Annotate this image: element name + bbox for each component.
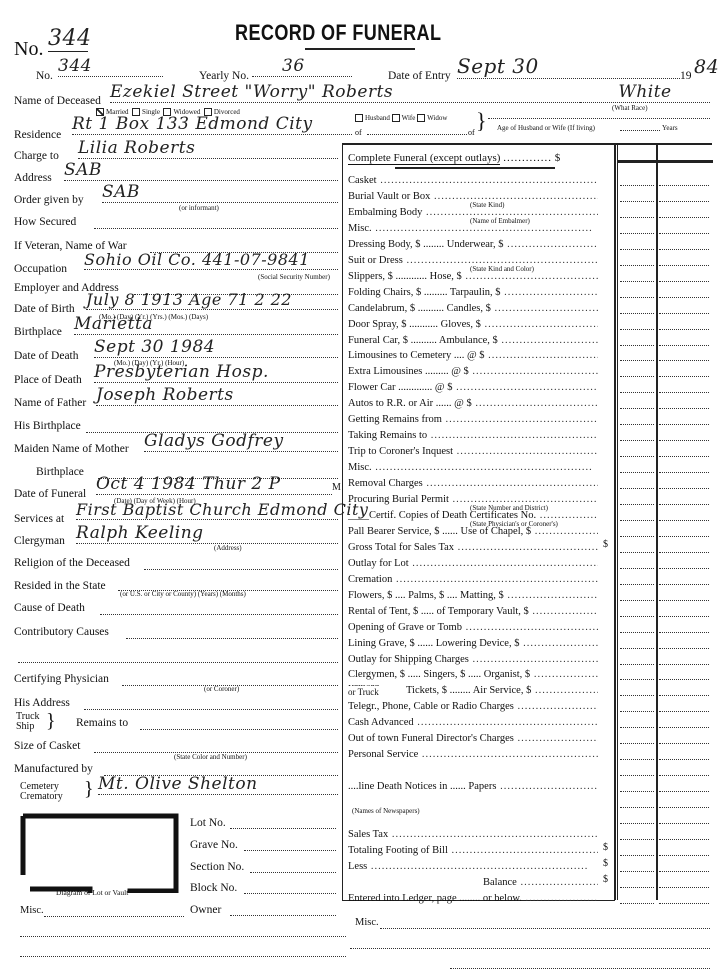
amount-dollars-field[interactable] — [620, 632, 654, 633]
amount-cents-field[interactable] — [659, 440, 709, 441]
leader-dots: ........................................… — [453, 446, 598, 457]
leader-dots: ........................................… — [462, 271, 598, 282]
charge-row: Balance ................................… — [348, 877, 598, 888]
amount-dollars-field[interactable] — [620, 408, 654, 409]
amount-dollars-field[interactable] — [620, 424, 654, 425]
amount-dollars-field[interactable] — [620, 281, 654, 282]
remains-to-value[interactable] — [140, 719, 338, 730]
charge-row: Outlay for Shipping Charges ............… — [348, 654, 598, 665]
physician-caption: (or Coroner) — [204, 685, 239, 693]
yearly-number-label: Yearly No. — [199, 70, 249, 82]
amount-dollars-field[interactable] — [620, 472, 654, 473]
amount-cents-field[interactable] — [659, 600, 709, 601]
amount-cents-field[interactable] — [659, 871, 709, 872]
amount-cents-field[interactable] — [659, 345, 709, 346]
amount-dollars-field[interactable] — [620, 727, 654, 728]
amount-cents-field[interactable] — [659, 488, 709, 489]
leader-dots: ........................................… — [519, 638, 598, 649]
amount-cents-field[interactable] — [659, 711, 709, 712]
birthplace-value[interactable]: Marietta — [74, 314, 338, 335]
amount-dollars-field[interactable] — [620, 456, 654, 457]
spouse-age-field[interactable] — [620, 122, 660, 131]
leader-dots: ........................................… — [367, 861, 588, 872]
amount-cents-field[interactable] — [659, 759, 709, 760]
spouse-type-group: Husband Wife Widow — [355, 114, 447, 122]
mother-maiden-name-label: Maiden Name of Mother — [14, 443, 129, 455]
amount-dollars-field[interactable] — [620, 440, 654, 441]
charge-row: Cremation ..............................… — [348, 574, 598, 585]
amount-cents-field[interactable] — [659, 185, 709, 186]
amount-cents-field[interactable] — [659, 552, 709, 553]
amount-cents-field[interactable] — [659, 887, 709, 888]
left-misc-label: Misc. — [20, 905, 44, 916]
charge-row: Telegr., Phone, Cable or Radio Charges .… — [348, 701, 598, 712]
amount-cents-field[interactable] — [659, 249, 709, 250]
birthplace-label: Birthplace — [14, 326, 62, 338]
charge-row-label: Extra Limousines ......... @ $ — [348, 366, 469, 377]
charge-row: Autos to R.R. or Air ...... @ $ ........… — [348, 398, 598, 409]
amount-cents-field[interactable] — [659, 743, 709, 744]
record-number-value[interactable]: 344 — [48, 26, 88, 52]
deceased-name-value[interactable]: Ezekiel Street "Worry" Roberts — [110, 82, 580, 103]
amount-dollars-field[interactable] — [620, 329, 654, 330]
right-misc-line-3[interactable] — [450, 960, 710, 969]
cemetery-value[interactable]: Mt. Olive Shelton — [98, 774, 338, 795]
amount-cents-field[interactable] — [659, 233, 709, 234]
field-date-of-funeral: Date of Funeral Oct 4 1984 Thur 2 P M (D… — [14, 488, 338, 500]
field-order-given-by: Order given by SAB (or informant) — [14, 194, 338, 206]
leader-dots: ........................................… — [531, 685, 598, 696]
amount-dollars-field[interactable] — [620, 360, 654, 361]
amount-dollars-field[interactable] — [620, 855, 654, 856]
charge-row: Outlay for Lot .........................… — [348, 558, 598, 569]
leader-dots: ........................................… — [496, 781, 598, 792]
amount-cents-field[interactable] — [659, 504, 709, 505]
leader-dots: ........................................… — [418, 749, 598, 760]
charge-row-label: Pall Bearer Service, $ ...... Use of Cha… — [348, 526, 531, 537]
charge-row-label: Balance — [348, 877, 517, 888]
charge-row-label: ....line Death Notices in ...... Papers — [348, 781, 496, 792]
charge-row-label: Outlay for Shipping Charges — [348, 654, 469, 665]
charge-to-label: Charge to — [14, 150, 59, 162]
leader-dots: ........................................… — [414, 717, 598, 728]
charge-row-label: Slippers, $ ............ Hose, $ — [348, 271, 462, 282]
amount-dollars-field[interactable] — [620, 233, 654, 234]
field-certifying-physician: Certifying Physician (or Coroner) — [14, 673, 338, 685]
amount-cents-field[interactable] — [659, 536, 709, 537]
amount-dollars-field[interactable] — [620, 265, 654, 266]
charge-row: Extra Limousines ......... @ $ .........… — [348, 366, 598, 377]
amount-cents-field[interactable] — [659, 648, 709, 649]
leader-dots: ........................................… — [514, 701, 598, 712]
religion-label: Religion of the Deceased — [14, 557, 130, 569]
charge-row: Trip to Coroner's Inquest ..............… — [348, 446, 598, 457]
amount-dollars-field[interactable] — [620, 775, 654, 776]
amount-cents-field[interactable] — [659, 775, 709, 776]
right-misc-line-2[interactable] — [350, 940, 710, 949]
amount-dollars-field[interactable] — [620, 392, 654, 393]
leader-dots: ........................................… — [392, 574, 598, 585]
title-underline — [305, 48, 415, 50]
funeral-meridiem: M — [332, 482, 341, 493]
charge-row-label: Embalming Body — [348, 207, 422, 218]
spouse-wife-checkbox[interactable]: Wife — [392, 114, 416, 122]
charge-row-label: Less — [348, 861, 367, 872]
field-father-name: Name of Father Joseph Roberts — [14, 397, 338, 409]
date-of-death-value[interactable]: Sept 30 1984 — [94, 337, 338, 358]
owner-label: Owner — [190, 904, 221, 916]
field-resided-in-state: Resided in the State (or U.S. or City or… — [14, 580, 338, 592]
deceased-name-label: Name of Deceased — [14, 95, 101, 107]
date-of-birth-value[interactable]: July 8 1913 Age 71 2 22 — [86, 290, 338, 310]
place-of-death-value[interactable]: Presbyterian Hosp. — [94, 362, 338, 383]
dollar-sign: $ — [603, 874, 608, 885]
railroad-truck-brace-labels: Railroador Truck — [348, 685, 379, 696]
clergyman-caption: (Address) — [214, 544, 242, 552]
race-value[interactable]: White — [580, 82, 710, 103]
yearly-number-value[interactable]: 36 — [252, 56, 352, 77]
amount-dollars-field[interactable] — [620, 536, 654, 537]
amount-dollars-field[interactable] — [620, 616, 654, 617]
leader-dots: ........................................… — [531, 526, 598, 537]
brace-icon: } — [476, 110, 487, 132]
date-of-entry-label: Date of Entry — [388, 70, 451, 82]
amount-dollars-field[interactable] — [620, 520, 654, 521]
leader-dots: ........................................… — [514, 733, 598, 744]
services-at-value[interactable]: First Baptist Church Edmond City — [76, 500, 338, 520]
charge-row: Gross Total for Sales Tax ..............… — [348, 542, 598, 553]
charge-row: Removal Charges ........................… — [348, 478, 598, 489]
date-of-funeral-label: Date of Funeral — [14, 488, 86, 500]
charge-row-label: Funeral Car, $ .......... Ambulance, $ — [348, 335, 498, 346]
amount-cents-field[interactable] — [659, 616, 709, 617]
amount-dollars-field[interactable] — [620, 345, 654, 346]
leader-dots: ........................................… — [491, 303, 598, 314]
amount-cents-field[interactable] — [659, 265, 709, 266]
amount-dollars-field[interactable] — [620, 185, 654, 186]
amount-cents-field[interactable] — [659, 281, 709, 282]
amount-dollars-field[interactable] — [620, 313, 654, 314]
charge-row: Pall Bearer Service, $ ...... Use of Cha… — [348, 526, 598, 537]
charge-row: Slippers, $ ............ Hose, $ .......… — [348, 271, 598, 282]
contributory-causes-value[interactable] — [126, 628, 338, 639]
field-physician-address: His Address — [14, 697, 338, 709]
amount-cents-field[interactable] — [659, 376, 709, 377]
charge-row-label: Out of town Funeral Director's Charges — [348, 733, 514, 744]
charge-row: Candelabrum, $ .......... Candles, $ ...… — [348, 303, 598, 314]
father-name-value[interactable]: Joseph Roberts — [96, 385, 338, 406]
amount-dollars-field[interactable] — [620, 201, 654, 202]
amount-cents-field[interactable] — [659, 632, 709, 633]
charge-row: Cash Advanced ..........................… — [348, 717, 598, 728]
charge-row: Totaling Footing of Bill ...............… — [348, 845, 598, 856]
amount-dollars-field[interactable] — [620, 488, 654, 489]
leader-dots: ........................................… — [454, 542, 598, 553]
amount-cents-field[interactable] — [659, 568, 709, 569]
spouse-of-left: of — [355, 128, 362, 137]
charge-row: Opening of Grave or Tomb ...............… — [348, 622, 598, 633]
charge-row-label: Limousines to Cemetery .... @ $ — [348, 350, 485, 361]
charge-row-label: Flowers, $ .... Palms, $ .... Matting, $ — [348, 590, 504, 601]
spouse-age-unit: Years — [662, 124, 678, 132]
leader-dots: ........................................… — [517, 877, 598, 888]
record-number-label: No. — [14, 38, 43, 61]
leader-dots: ........................................… — [442, 414, 598, 425]
amount-dollars-field[interactable] — [620, 711, 654, 712]
spouse-widow-checkbox[interactable]: Widow — [417, 114, 447, 122]
cause-of-death-label: Cause of Death — [14, 602, 85, 614]
how-secured-value[interactable] — [94, 218, 338, 229]
left-misc-line-2[interactable] — [20, 928, 346, 937]
field-how-secured: How Secured — [14, 216, 338, 228]
amount-cents-field[interactable] — [659, 217, 709, 218]
occupation-label: Occupation — [14, 263, 67, 275]
charge-row: Personal Service .......................… — [348, 749, 598, 760]
residence-value[interactable]: Rt 1 Box 133 Edmond City — [72, 114, 352, 135]
charge-row-label: Candelabrum, $ .......... Candles, $ — [348, 303, 491, 314]
field-date-of-death: Date of Death Sept 30 1984 (Mo.) (Day) (… — [14, 350, 338, 362]
residence-label: Residence — [14, 129, 61, 141]
amount-cents-field[interactable] — [659, 791, 709, 792]
date-of-funeral-value[interactable]: Oct 4 1984 Thur 2 P — [96, 474, 332, 495]
field-occupation: Occupation Sohio Oil Co. 441-07-9841 (So… — [14, 263, 338, 275]
amount-dollars-field[interactable] — [620, 759, 654, 760]
amount-cents-field[interactable] — [659, 297, 709, 298]
charge-row: Funeral Car, $ .......... Ambulance, $ .… — [348, 335, 598, 346]
mother-maiden-name-value[interactable]: Gladys Godfrey — [144, 431, 338, 452]
charge-row-label: Burial Vault or Box — [348, 191, 430, 202]
amount-col-divider-2 — [656, 143, 658, 900]
amount-cents-field[interactable] — [659, 392, 709, 393]
leader-dots: ........................................… — [452, 382, 598, 393]
charge-row-label: Lining Grave, $ ...... Lowering Device, … — [348, 638, 519, 649]
amount-cents-field[interactable] — [659, 855, 709, 856]
address-value[interactable]: SAB — [64, 160, 338, 181]
field-religion: Religion of the Deceased — [14, 557, 338, 569]
charge-row-label: Taking Remains to — [348, 430, 427, 441]
charge-row-label: Door Spray, $ ........... Gloves, $ — [348, 319, 481, 330]
charge-row-label: Trip to Coroner's Inquest — [348, 446, 453, 457]
amount-col-divider-1b — [617, 143, 618, 900]
charge-row: Clergymen, $ ..... Singers, $ ..... Orga… — [348, 669, 598, 680]
amount-dollars-field[interactable] — [620, 823, 654, 824]
amount-cents-field[interactable] — [659, 408, 709, 409]
charge-row-label: Personal Service — [348, 749, 418, 760]
amount-cents-field[interactable] — [659, 456, 709, 457]
complete-funeral-underline — [395, 167, 555, 169]
amount-cents-field[interactable] — [659, 584, 709, 585]
owner-field[interactable] — [230, 907, 336, 916]
left-misc-field[interactable] — [44, 908, 184, 917]
charge-row: Sales Tax ..............................… — [348, 829, 598, 840]
charge-row-label: Totaling Footing of Bill — [348, 845, 448, 856]
block-no-field[interactable] — [244, 885, 336, 894]
occupation-value[interactable]: Sohio Oil Co. 441-07-9841 — [84, 250, 338, 270]
leader-dots: ........................................… — [388, 829, 598, 840]
dollar-sign: $ — [603, 858, 608, 869]
charge-row: Door Spray, $ ........... Gloves, $ ....… — [348, 319, 598, 330]
resided-in-state-label: Resided in the State — [14, 580, 106, 592]
mother-birthplace-label: Birthplace — [14, 466, 84, 478]
amount-dollars-field[interactable] — [620, 903, 654, 904]
field-size-of-casket: Size of Casket (State Color and Number) — [14, 740, 338, 752]
spouse-husband-checkbox[interactable]: Husband — [355, 114, 390, 122]
order-given-by-value[interactable]: SAB — [102, 182, 338, 203]
amount-cents-field[interactable] — [659, 520, 709, 521]
section-no-field[interactable] — [250, 864, 336, 873]
leader-dots: ........................................… — [462, 622, 598, 633]
amount-dollars-field[interactable] — [620, 695, 654, 696]
brace-icon: } — [84, 778, 94, 801]
charge-row-label: Misc. — [348, 462, 372, 473]
amount-dollars-field[interactable] — [620, 584, 654, 585]
date-of-birth-label: Date of Birth — [14, 303, 75, 315]
amount-dollars-field[interactable] — [620, 648, 654, 649]
amount-cents-field[interactable] — [659, 313, 709, 314]
brace-icon: } — [46, 710, 56, 733]
amount-dollars-field[interactable] — [620, 249, 654, 250]
charge-row: Limousines to Cemetery .... @ $ ........… — [348, 350, 598, 361]
leader-dots: ........................................… — [430, 191, 598, 202]
leader-dots: ........................................… — [377, 175, 598, 186]
order-given-by-caption: (or informant) — [179, 204, 219, 212]
leader-dots: ........................................… — [500, 287, 598, 298]
charge-row-label: Dressing Body, $ ........ Underwear, $ — [348, 239, 504, 250]
ssn-caption: (Social Security Number) — [258, 273, 330, 281]
charge-row-label: Rental of Tent, $ ..... of Temporary Vau… — [348, 606, 529, 617]
left-misc-line-3[interactable] — [20, 948, 346, 957]
charge-row-label: Outlay for Lot — [348, 558, 409, 569]
amount-cents-field[interactable] — [659, 839, 709, 840]
leader-dots: ........................................… — [485, 350, 598, 361]
amount-cents-field[interactable] — [659, 903, 709, 904]
charge-row: Entered into Ledger, page ........ or be… — [348, 893, 598, 904]
contributory-causes-line-2[interactable] — [18, 652, 338, 663]
place-of-death-label: Place of Death — [14, 374, 82, 386]
clergyman-value[interactable]: Ralph Keeling — [76, 523, 338, 544]
amount-dollars-field[interactable] — [620, 887, 654, 888]
amount-dollars-field[interactable] — [620, 807, 654, 808]
truck-ship-brace-labels: TruckShip — [16, 712, 40, 732]
ledger-number-value[interactable]: 344 — [58, 56, 163, 77]
right-misc-label: Misc. — [355, 917, 379, 928]
amount-cents-field[interactable] — [659, 695, 709, 696]
spouse-of-field[interactable] — [367, 126, 467, 135]
resided-caption: (or U.S. or City or County) (Years) (Mon… — [120, 590, 246, 598]
charge-row: Misc. ..................................… — [348, 462, 598, 473]
date-of-entry-value[interactable]: Sept 30 — [457, 54, 680, 79]
charge-row-label: Casket — [348, 175, 377, 186]
leader-dots: ........................................… — [522, 893, 598, 904]
section-no-label: Section No. — [190, 861, 244, 873]
lot-diagram — [20, 813, 180, 893]
amount-col-divider-1 — [614, 143, 616, 900]
spouse-name-field[interactable] — [488, 110, 710, 119]
charge-row: Out of town Funeral Director's Charges .… — [348, 733, 598, 744]
lot-no-field[interactable] — [230, 820, 336, 829]
lot-no-label: Lot No. — [190, 817, 226, 829]
charge-row-label: Cremation — [348, 574, 392, 585]
father-name-label: Name of Father — [14, 397, 86, 409]
physician-address-value[interactable] — [84, 699, 338, 710]
remains-to-label: Remains to — [76, 717, 128, 729]
charge-row: Getting Remains from ...................… — [348, 414, 598, 425]
amount-cents-field[interactable] — [659, 807, 709, 808]
leader-dots: ........................................… — [409, 558, 598, 569]
amount-dollars-field[interactable] — [620, 679, 654, 680]
physician-address-label: His Address — [14, 697, 70, 709]
right-misc-field[interactable] — [380, 920, 710, 929]
amount-dollars-field[interactable] — [620, 504, 654, 505]
amount-dollars-field[interactable] — [620, 664, 654, 665]
casket-caption: (State Color and Number) — [174, 753, 247, 761]
amount-cents-field[interactable] — [659, 727, 709, 728]
amount-cents-field[interactable] — [659, 664, 709, 665]
charge-row: Railroador TruckTickets, $ ........ Air … — [348, 685, 598, 696]
leader-dots: ........................................… — [498, 335, 598, 346]
certifying-physician-label: Certifying Physician — [14, 673, 109, 685]
amount-dollars-field[interactable] — [620, 376, 654, 377]
amount-dollars-field[interactable] — [620, 791, 654, 792]
size-of-casket-value[interactable] — [94, 742, 338, 753]
amount-dollars-field[interactable] — [620, 217, 654, 218]
amount-cents-field[interactable] — [659, 424, 709, 425]
amount-cents-field[interactable] — [659, 679, 709, 680]
size-of-casket-label: Size of Casket — [14, 740, 80, 752]
amount-dollars-field[interactable] — [620, 743, 654, 744]
block-no-label: Block No. — [190, 882, 237, 894]
order-given-by-label: Order given by — [14, 194, 84, 206]
amount-dollars-field[interactable] — [620, 568, 654, 569]
amount-dollars-field[interactable] — [620, 600, 654, 601]
dollar-sign: $ — [603, 539, 608, 550]
cause-of-death-value[interactable] — [100, 604, 338, 615]
checkbox-icon — [355, 114, 363, 122]
charge-to-value[interactable]: Lilia Roberts — [78, 138, 338, 159]
charge-row: Flowers, $ .... Palms, $ .... Matting, $… — [348, 590, 598, 601]
leader-dots: ........................................… — [372, 462, 593, 473]
grave-no-field[interactable] — [244, 842, 336, 851]
amount-cents-field[interactable] — [659, 329, 709, 330]
year-prefix: 19 — [680, 70, 692, 82]
field-clergyman: Clergyman Ralph Keeling (Address) — [14, 535, 338, 547]
amount-dollars-field[interactable] — [620, 839, 654, 840]
amount-dollars-field[interactable] — [620, 552, 654, 553]
how-secured-label: How Secured — [14, 216, 76, 228]
year-value[interactable]: 84 — [694, 56, 719, 78]
contributory-causes-label: Contributory Causes — [14, 626, 109, 638]
leader-dots: ........................................… — [481, 319, 598, 330]
field-contributory-causes: Contributory Causes — [14, 626, 338, 638]
cemetery-brace-labels: CemeteryCrematory — [20, 782, 63, 802]
charge-row-label: Folding Chairs, $ ......... Tarpaulin, $ — [348, 287, 500, 298]
leader-dots: ........................................… — [423, 478, 598, 489]
amount-dollars-field[interactable] — [620, 297, 654, 298]
complete-funeral-label: Complete Funeral (except outlays) ......… — [348, 152, 560, 164]
amount-cents-field[interactable] — [659, 360, 709, 361]
services-at-label: Services at — [14, 513, 64, 525]
leader-dots: ........................................… — [427, 430, 598, 441]
amount-dollars-field[interactable] — [620, 871, 654, 872]
spouse-of-right: of — [468, 128, 475, 137]
religion-value[interactable] — [144, 559, 338, 570]
amount-cents-field[interactable] — [659, 201, 709, 202]
amount-cents-field[interactable] — [659, 472, 709, 473]
checkbox-icon — [417, 114, 425, 122]
amount-cents-field[interactable] — [659, 823, 709, 824]
leader-dots: ........................................… — [504, 590, 598, 601]
field-cause-of-death: Cause of Death — [14, 602, 338, 614]
